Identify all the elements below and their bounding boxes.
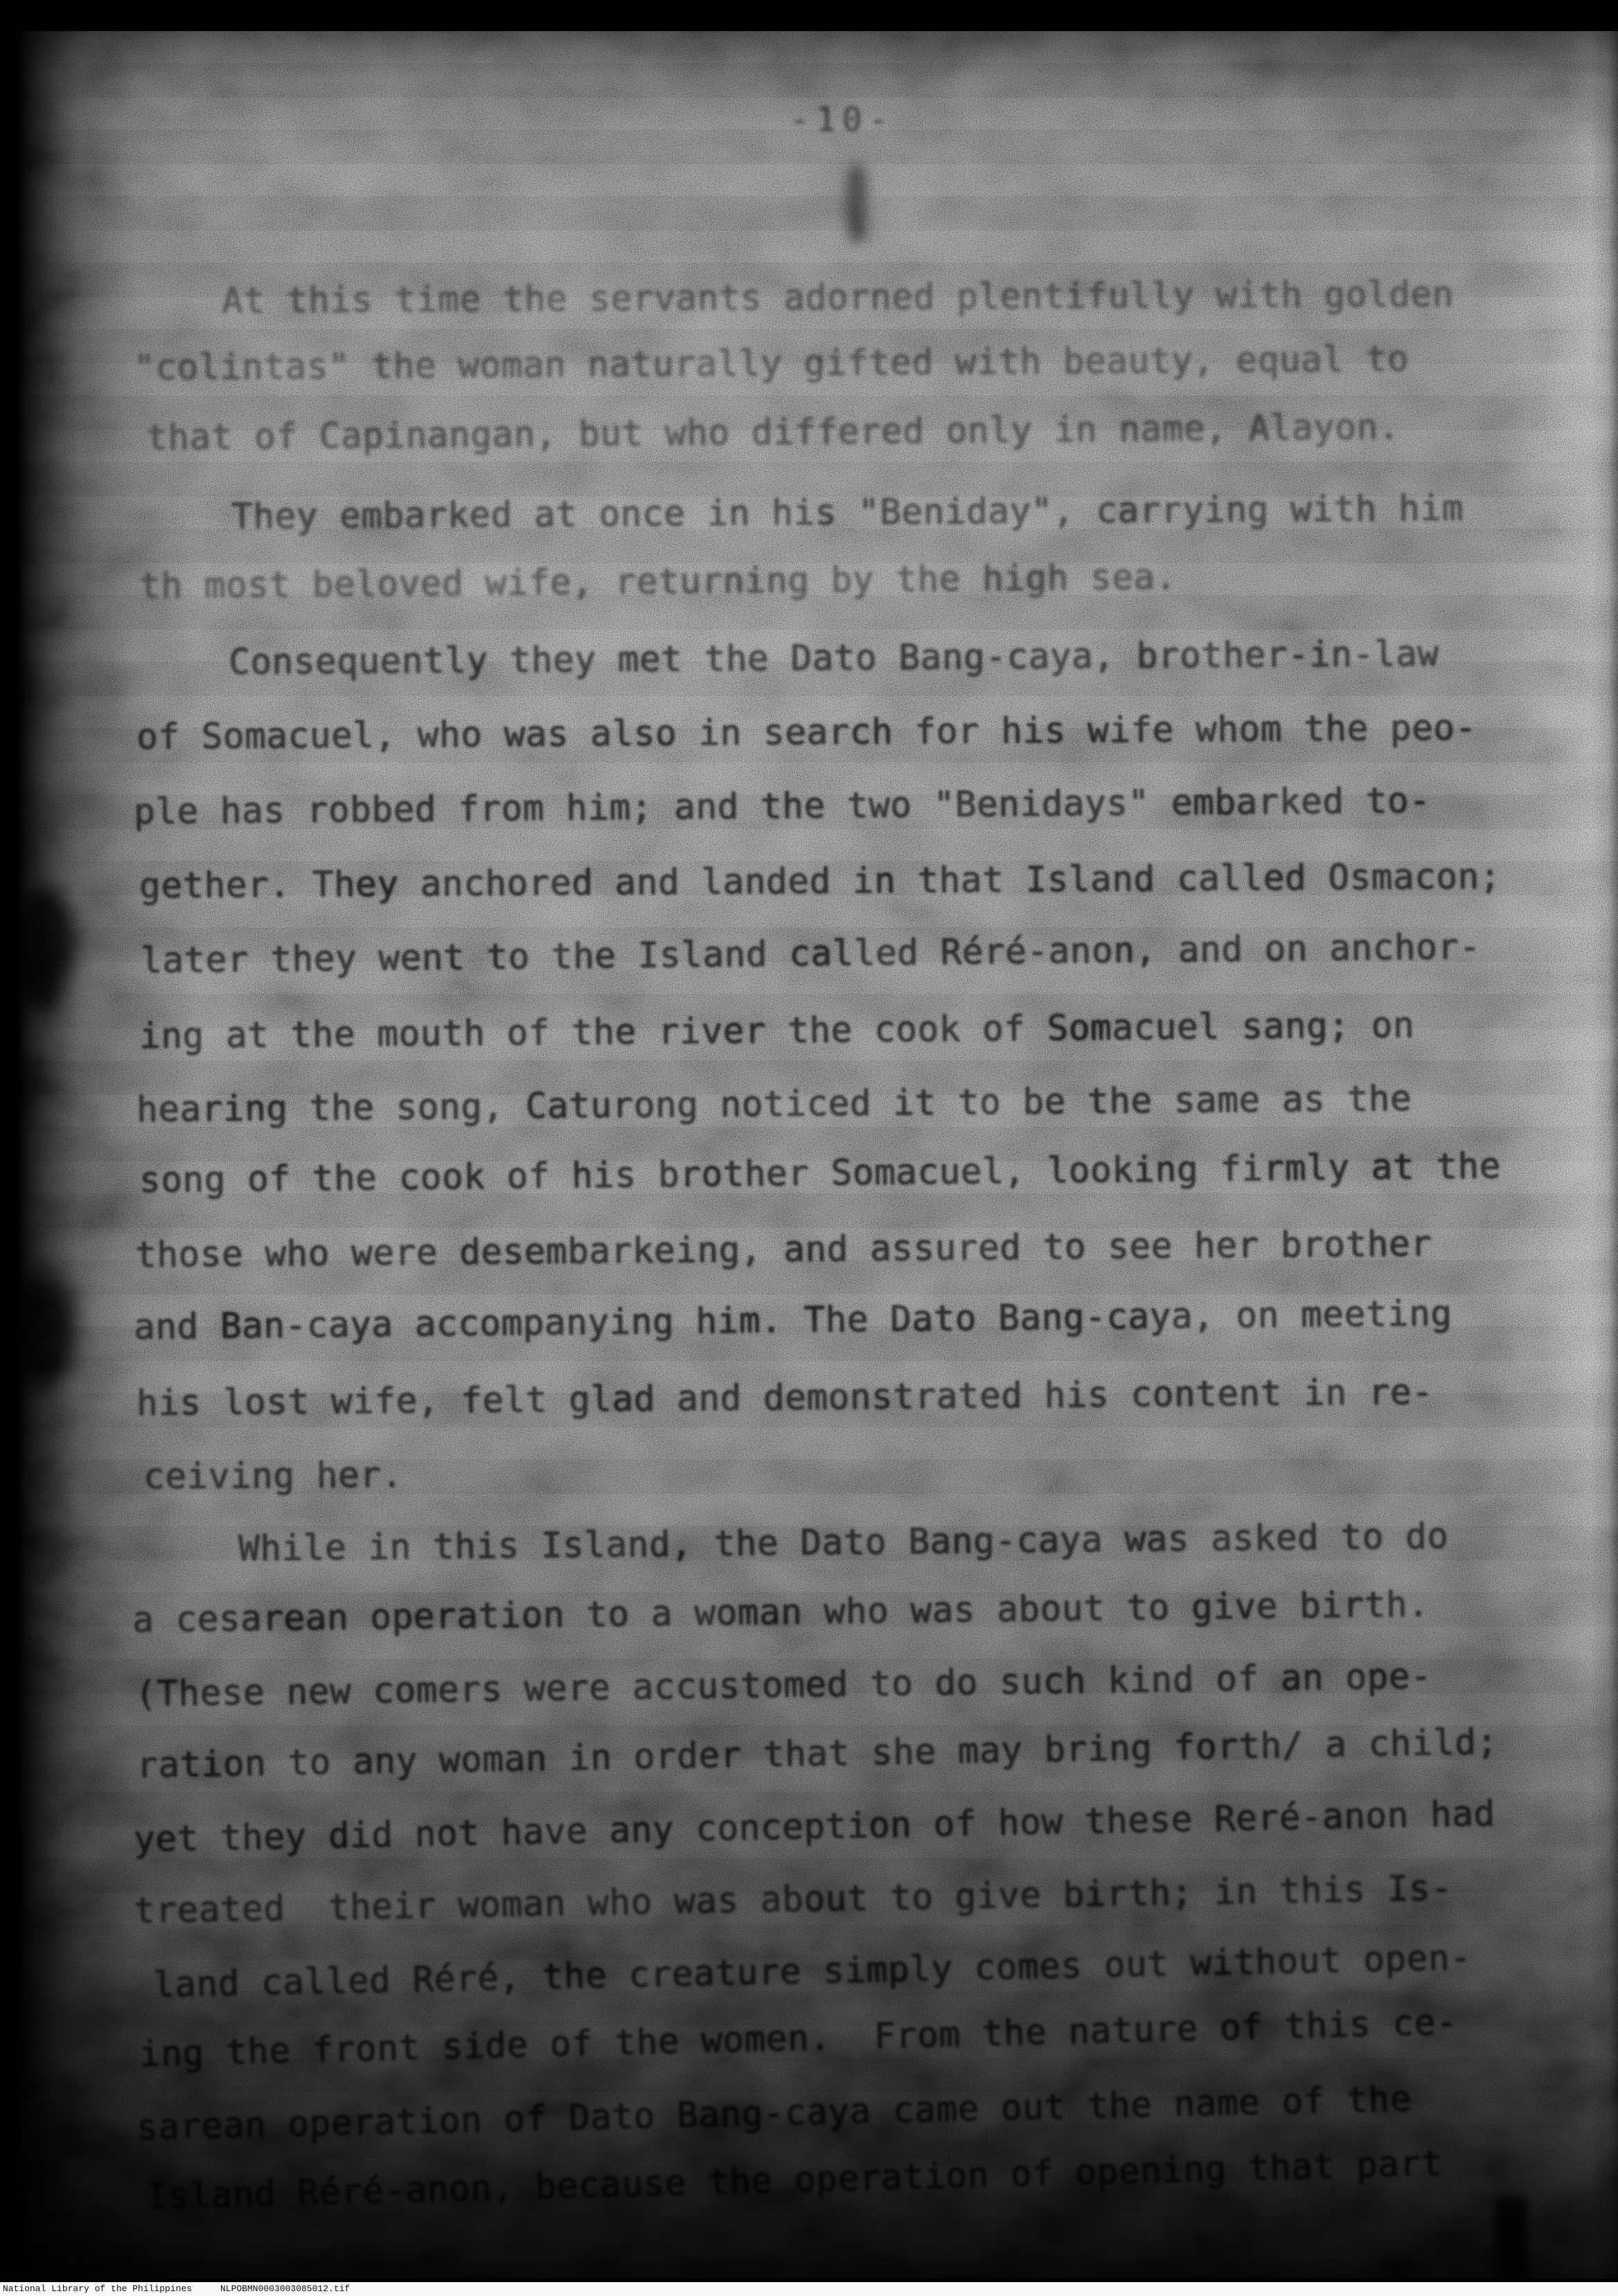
typewritten-line-11: ing at the mouth of the river the cook o…: [139, 1005, 1415, 1058]
page-number: -10-: [790, 100, 895, 139]
typewritten-line-4: They embarked at once in his "Beniday", …: [231, 488, 1464, 538]
typewritten-line-3: that of Capinangan, but who differed onl…: [146, 407, 1400, 459]
typewritten-line-10: later they went to the Island called Rér…: [141, 927, 1481, 982]
typewritten-line-25: ing the front side of the women. From th…: [139, 2002, 1457, 2076]
typewritten-line-20: (These new comers were accustomed to do …: [135, 1656, 1432, 1716]
typewritten-line-2: "colintas" the woman naturally gifted wi…: [134, 339, 1409, 389]
typewritten-line-8: ple has robbed from him; and the two "Be…: [134, 781, 1431, 833]
typewritten-line-17: ceiving her.: [143, 1454, 403, 1498]
typewritten-line-5: th most beloved wife, returning by the h…: [139, 557, 1177, 607]
scan-area: -10- At this time the servants adorned p…: [0, 31, 1618, 2279]
scanned-page: -10- At this time the servants adorned p…: [0, 0, 1618, 2296]
typewritten-line-27: Island Réré-anon, because the operation …: [145, 2143, 1443, 2218]
scan-artifact-smudge: [846, 163, 867, 242]
typewritten-line-22: yet they did not have any conception of …: [133, 1793, 1495, 1861]
typewritten-line-1: At this time the servants adorned plenti…: [222, 274, 1454, 322]
typewritten-line-18: While in this Island, the Dato Bang-caya…: [238, 1516, 1449, 1570]
typewritten-line-15: and Ban-caya accompanying him. The Dato …: [134, 1293, 1452, 1349]
scan-artifact-corner-mark: [1495, 2198, 1528, 2281]
typewritten-line-7: of Somacuel, who was also in search for …: [136, 707, 1477, 758]
typewritten-line-13: song of the cook of his brother Somacuel…: [139, 1146, 1501, 1202]
viewer-footer: National Library of the Philippines NLPO…: [0, 2282, 1618, 2296]
typewritten-line-6: Consequently they met the Dato Bang-caya…: [229, 634, 1439, 684]
typewritten-line-23: treated their woman who was about to giv…: [133, 1868, 1452, 1932]
typewritten-line-26: sarean operation of Dato Bang-caya came …: [136, 2079, 1412, 2149]
footer-library-label: National Library of the Philippines: [3, 2282, 192, 2296]
typewritten-line-12: hearing the song, Caturong noticed it to…: [136, 1078, 1412, 1131]
footer-filename-label: NLPOBMN0003003085012.tif: [220, 2282, 350, 2296]
typewritten-line-9: gether. They anchored and landed in that…: [139, 856, 1501, 907]
typewritten-line-16: his lost wife, felt glad and demonstrate…: [136, 1372, 1434, 1425]
typewritten-line-14: those who were desembarkeing, and assure…: [135, 1224, 1432, 1276]
typewritten-text-layer: -10- At this time the servants adorned p…: [0, 31, 1618, 2279]
typewritten-line-21: ration to any woman in order that she ma…: [136, 1722, 1498, 1787]
scan-artifact-light-spot: [66, 966, 115, 1029]
typewritten-line-24: land called Réré, the creature simply co…: [152, 1937, 1471, 2006]
scan-artifact-ink-blob: [6, 1271, 78, 1389]
typewritten-line-19: a cesarean operation to a woman who was …: [132, 1584, 1430, 1641]
